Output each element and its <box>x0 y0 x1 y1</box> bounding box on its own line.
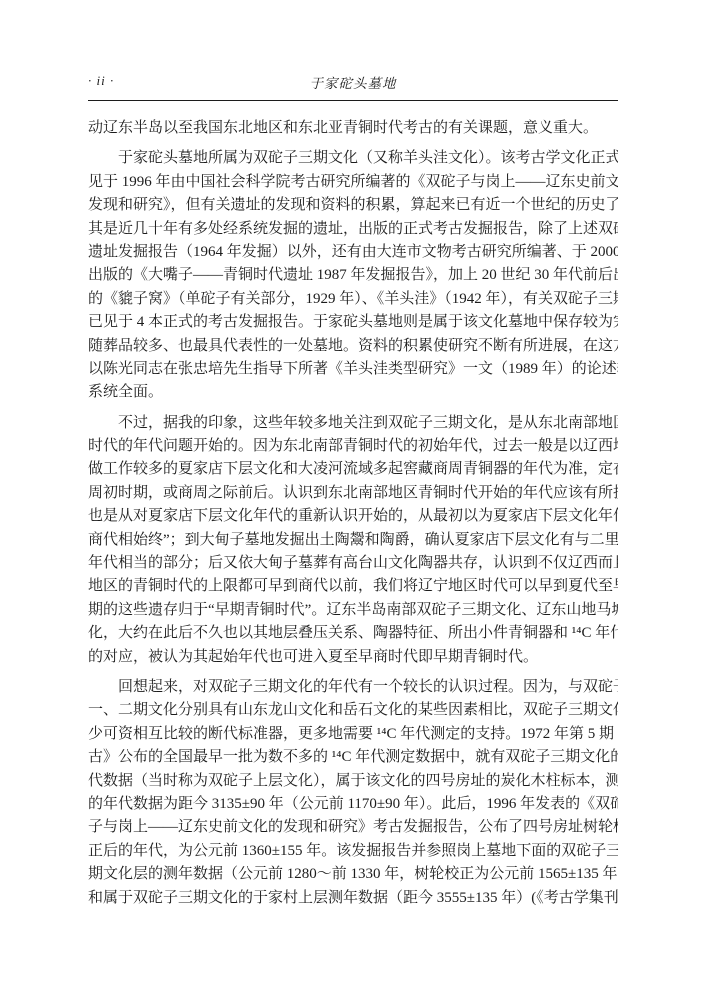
text-line: 一、二期文化分别具有山东龙山文化和岳石文化的某些因素相比，双砣子三期文化缺 <box>88 699 618 722</box>
page: · ii · 于家砣头墓地 动辽东半岛以至我国东北地区和东北亚青铜时代考古的有关… <box>88 0 618 910</box>
text-line: 已见于 4 本正式的考古发掘报告。于家砣头墓地则是属于该文化墓地中保存较为完整、 <box>88 311 618 334</box>
text-line: 周初时期，或商周之际前后。认识到东北南部地区青铜时代开始的年代应该有所提早， <box>88 482 618 505</box>
body-text: 动辽东半岛以至我国东北地区和东北亚青铜时代考古的有关课题，意义重大。于家砣头墓地… <box>88 117 618 910</box>
text-line: 期文化层的测年数据（公元前 1280～前 1330 年，树轮校正为公元前 156… <box>88 863 618 886</box>
text-line: 出版的《大嘴子——青铜时代遗址 1987 年发掘报告》，加上 20 世纪 30 … <box>88 264 618 287</box>
text-line: 期的这些遗存归于“早期青铜时代”。辽东半岛南部双砣子三期文化、辽东山地马城子文 <box>88 599 618 622</box>
text-line: 发现和研究》，但有关遗址的发现和资料的积累，算起来已有近一个世纪的历史了，尤 <box>88 194 618 217</box>
text-line: 于家砣头墓地所属为双砣子三期文化（又称羊头洼文化）。该考古学文化正式定名 <box>88 147 618 170</box>
text-line: 和属于双砣子三期文化的于家村上层测年数据（距今 3555±135 年）(《考古学… <box>88 887 618 910</box>
text-line: 的《貔子窝》（单砣子有关部分，1929 年）、《羊头洼》（1942 年），有关双… <box>88 288 618 311</box>
text-line: 的对应，被认为其起始年代也可进入夏至早商时代即早期青铜时代。 <box>88 646 618 669</box>
text-line: 其是近几十年有多处经系统发掘的遗址，出版的正式考古发掘报告，除了上述双砣子 <box>88 218 618 241</box>
text-line: 回想起来，对双砣子三期文化的年代有一个较长的认识过程。因为，与双砣子 <box>88 676 618 699</box>
text-line: 年代相当的部分；后又依大甸子墓葬有高台山文化陶器共存，认识到不仅辽西而且辽东 <box>88 552 618 575</box>
running-title: 于家砣头墓地 <box>88 72 618 92</box>
text-line: 商代相始终”；到大甸子墓地发掘出土陶鬶和陶爵，确认夏家店下层文化有与二里头文化 <box>88 529 618 552</box>
text-line: 正后的年代，为公元前 1360±155 年。该发掘报告并参照岗上墓地下面的双砣子… <box>88 840 618 863</box>
text-line: 地区的青铜时代的上限都可早到商代以前，我们将辽宁地区时代可以早到夏代至早商时 <box>88 575 618 598</box>
text-line: 少可资相互比较的断代标准器，更多地需要 ¹⁴C 年代测定的支持。1972 年第 … <box>88 723 618 746</box>
text-line: 遗址发掘报告（1964 年发掘）以外，还有由大连市文物考古研究所编著、于 200… <box>88 241 618 264</box>
text-line: 不过，据我的印象，这些年较多地关注到双砣子三期文化，是从东北南部地区青铜 <box>88 412 618 435</box>
text-line: 系统全面。 <box>88 381 618 404</box>
text-line: 的年代数据为距今 3135±90 年（公元前 1170±90 年）。此后，199… <box>88 793 618 816</box>
page-header: · ii · 于家砣头墓地 <box>88 72 618 101</box>
page-number: · ii · <box>88 73 114 89</box>
text-line: 时代的年代问题开始的。因为东北南部青铜时代的初始年代，过去一般是以辽西地区所 <box>88 435 618 458</box>
paragraph: 动辽东半岛以至我国东北地区和东北亚青铜时代考古的有关课题，意义重大。 <box>88 117 618 140</box>
text-line: 子与岗上——辽东史前文化的发现和研究》考古发掘报告，公布了四号房址树轮校 <box>88 816 618 839</box>
text-line: 随葬品较多、也最具代表性的一处墓地。资料的积累使研究不断有所进展，在这方面， <box>88 335 618 358</box>
text-line: 做工作较多的夏家店下层文化和大凌河流域多起窖藏商周青铜器的年代为准，定在商至 <box>88 458 618 481</box>
paragraph: 不过，据我的印象，这些年较多地关注到双砣子三期文化，是从东北南部地区青铜时代的年… <box>88 412 618 669</box>
text-line: 也是从对夏家店下层文化年代的重新认识开始的，从最初以为夏家店下层文化年代“与 <box>88 505 618 528</box>
text-line: 以陈光同志在张忠培先生指导下所著《羊头洼类型研究》一文（1989 年）的论述较为 <box>88 358 618 381</box>
text-line: 动辽东半岛以至我国东北地区和东北亚青铜时代考古的有关课题，意义重大。 <box>88 117 618 140</box>
text-line: 见于 1996 年由中国社会科学院考古研究所编著的《双砣子与岗上——辽东史前文化… <box>88 171 618 194</box>
text-line: 化，大约在此后不久也以其地层叠压关系、陶器特征、所出小件青铜器和 ¹⁴C 年代测… <box>88 622 618 645</box>
paragraph: 回想起来，对双砣子三期文化的年代有一个较长的认识过程。因为，与双砣子一、二期文化… <box>88 676 618 910</box>
paragraph: 于家砣头墓地所属为双砣子三期文化（又称羊头洼文化）。该考古学文化正式定名见于 1… <box>88 147 618 404</box>
text-line: 代数据（当时称为双砣子上层文化），属于该文化的四号房址的炭化木柱标本，测定 <box>88 770 618 793</box>
text-line: 古》公布的全国最早一批为数不多的 ¹⁴C 年代测定数据中，就有双砣子三期文化的年 <box>88 746 618 769</box>
